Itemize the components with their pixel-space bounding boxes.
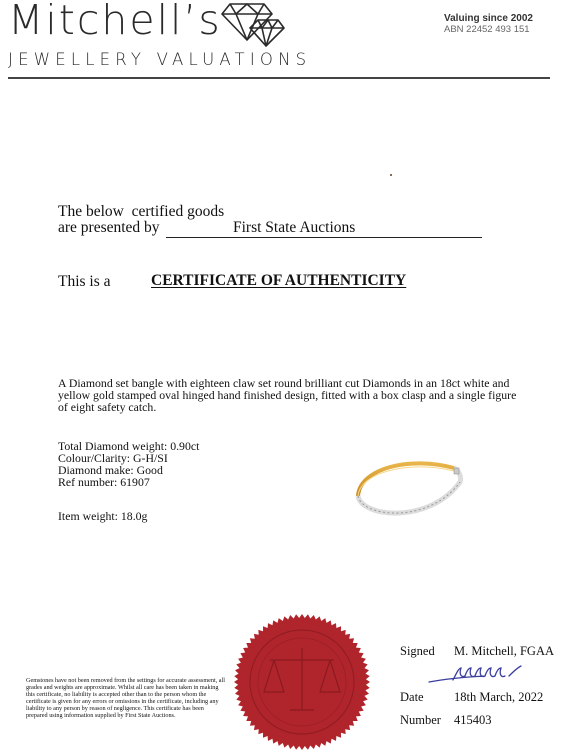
certificate-title: CERTIFICATE OF AUTHENTICITY: [151, 272, 406, 290]
signed-label: Signed: [400, 644, 435, 659]
disclaimer-text: Gemstones have not been removed from the…: [26, 677, 226, 719]
number-label: Number: [400, 713, 441, 728]
item-description: A Diamond set bangle with eighteen claw …: [58, 377, 518, 413]
diamonds-icon: [220, 2, 286, 48]
spec-ref-number: Ref number: 61907: [58, 476, 199, 488]
stray-mark: [390, 174, 392, 176]
intro-line-2: are presented by: [58, 219, 160, 237]
tagline: Valuing since 2002: [444, 13, 533, 24]
brand-name: Mitchell’s: [8, 0, 222, 44]
date-label: Date: [400, 690, 424, 705]
date-value: 18th March, 2022: [454, 690, 543, 705]
wax-seal-scales-icon: [232, 612, 372, 752]
signature: [425, 662, 540, 688]
abn-number: ABN 22452 493 151: [444, 24, 530, 35]
header-divider: [8, 77, 550, 79]
item-weight: Item weight: 18.0g: [58, 509, 147, 524]
presenter-name: First State Auctions: [166, 219, 355, 237]
presenter-field: First State Auctions: [166, 219, 482, 238]
brand-subtitle: JEWELLERY VALUATIONS: [8, 50, 311, 69]
signed-value: M. Mitchell, FGAA: [454, 644, 554, 659]
certificate-prefix: This is a: [58, 273, 111, 291]
specs-list: Total Diamond weight: 0.90ct Colour/Clar…: [58, 440, 199, 488]
bangle-photo: [350, 448, 470, 526]
certificate-number: 415403: [454, 713, 492, 728]
